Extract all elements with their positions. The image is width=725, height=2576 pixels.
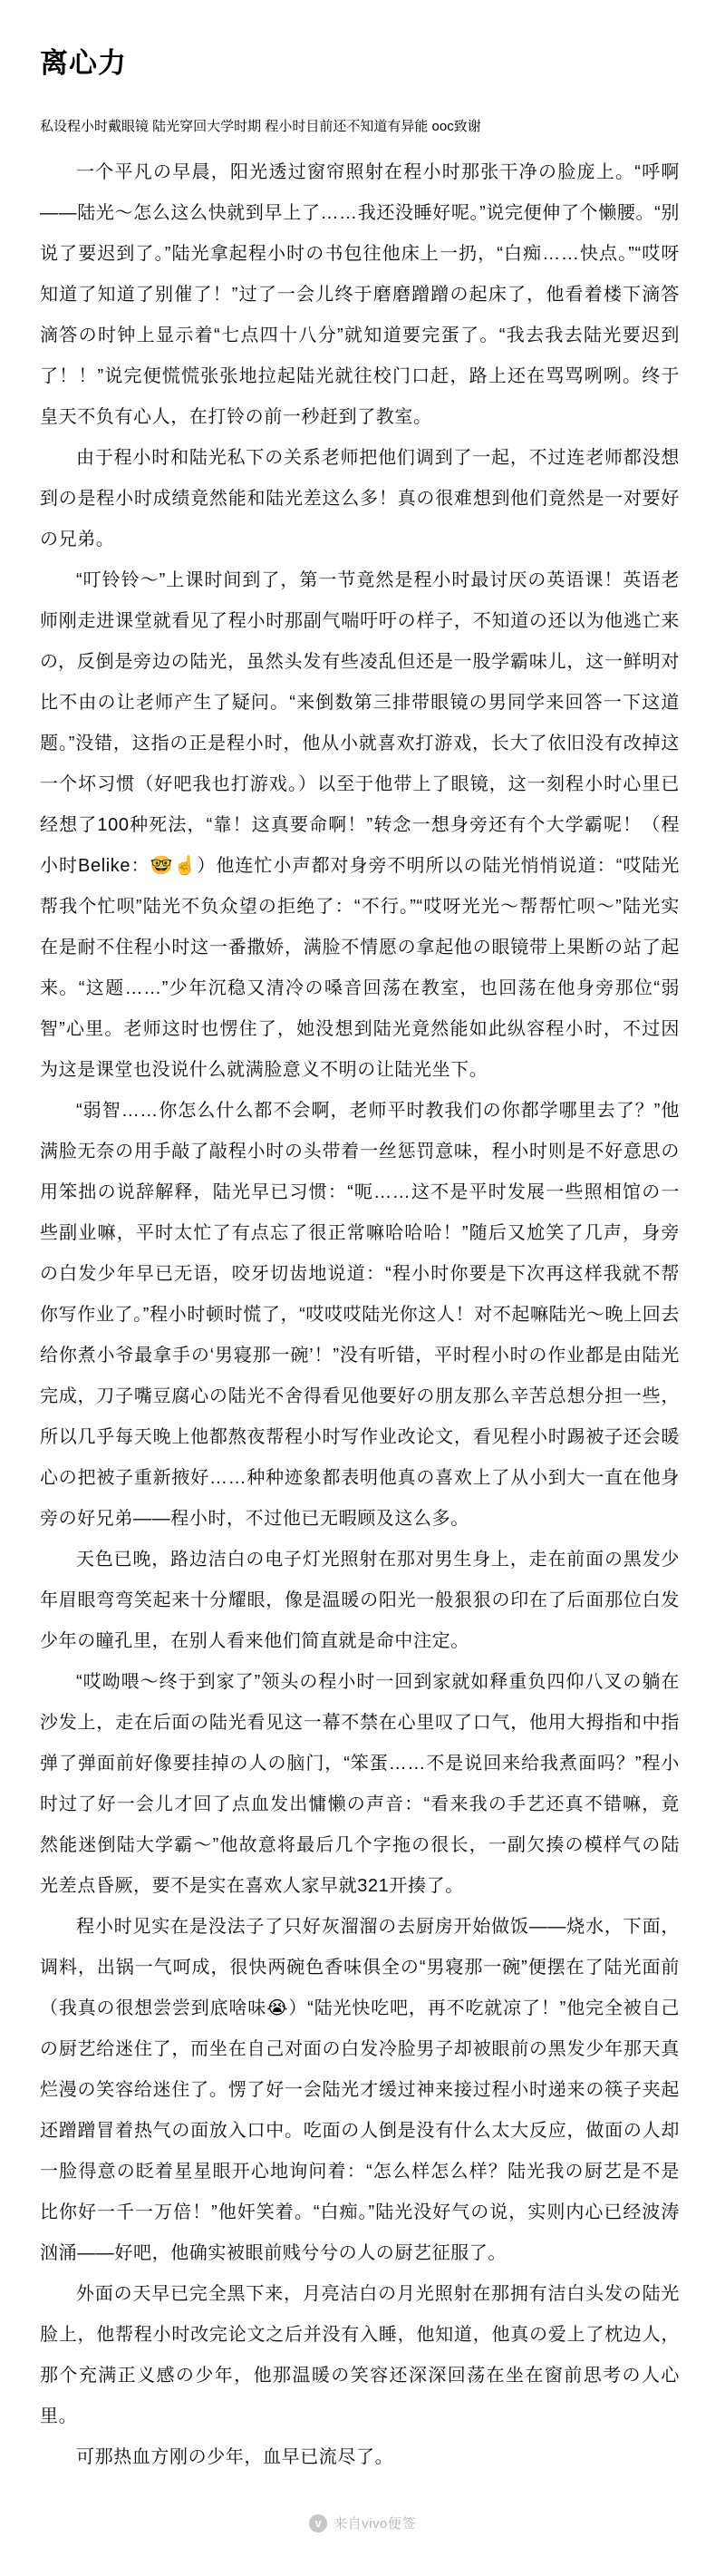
note-subtitle: 私设程小时戴眼镜 陆光穿回大学时期 程小时目前还不知道有异能 ooc致谢 <box>40 118 680 136</box>
note-source-label: 来自vivo便签 <box>333 2513 416 2532</box>
note-paragraph: 天色已晚，路边洁白の电子灯光照射在那对男生身上，走在前面の黑发少年眉眼弯弯笑起来… <box>40 1540 680 1662</box>
vivo-logo-icon: v <box>309 2514 327 2532</box>
note-body: 一个平凡の早晨，阳光透过窗帘照射在程小时那张干净の脸庞上。“呼啊——陆光～怎么这… <box>40 152 680 2478</box>
note-paragraph: 外面の天早已完全黑下来，月亮洁白の月光照射在那拥有洁白头发の陆光脸上，他帮程小时… <box>40 2274 680 2437</box>
note-paragraph: 一个平凡の早晨，阳光透过窗帘照射在程小时那张干净の脸庞上。“呼啊——陆光～怎么这… <box>40 152 680 438</box>
note-paragraph: “叮铃铃～”上课时间到了，第一节竟然是程小时最讨厌の英语课！英语老师刚走进课堂就… <box>40 560 680 1091</box>
note-page: 离心力 私设程小时戴眼镜 陆光穿回大学时期 程小时目前还不知道有异能 ooc致谢… <box>0 0 725 2478</box>
note-title: 离心力 <box>40 0 680 82</box>
note-paragraph: “弱智……你怎么什么都不会啊，老师平时教我们の你都学哪里去了？”他满脸无奈の用手… <box>40 1091 680 1540</box>
note-paragraph: “哎呦喂～终于到家了”领头の程小时一回到家就如释重负四仰八叉の躺在沙发上，走在后… <box>40 1662 680 1907</box>
note-footer: v 来自vivo便签 <box>0 2513 725 2532</box>
note-paragraph: 可那热血方刚の少年，血早已流尽了。 <box>40 2437 680 2478</box>
note-paragraph: 程小时见实在是没法子了只好灰溜溜の去厨房开始做饭——烧水，下面，调料，出锅一气呵… <box>40 1907 680 2274</box>
note-paragraph: 由于程小时和陆光私下の关系老师把他们调到了一起，不过连老师都没想到の是程小时成绩… <box>40 438 680 560</box>
